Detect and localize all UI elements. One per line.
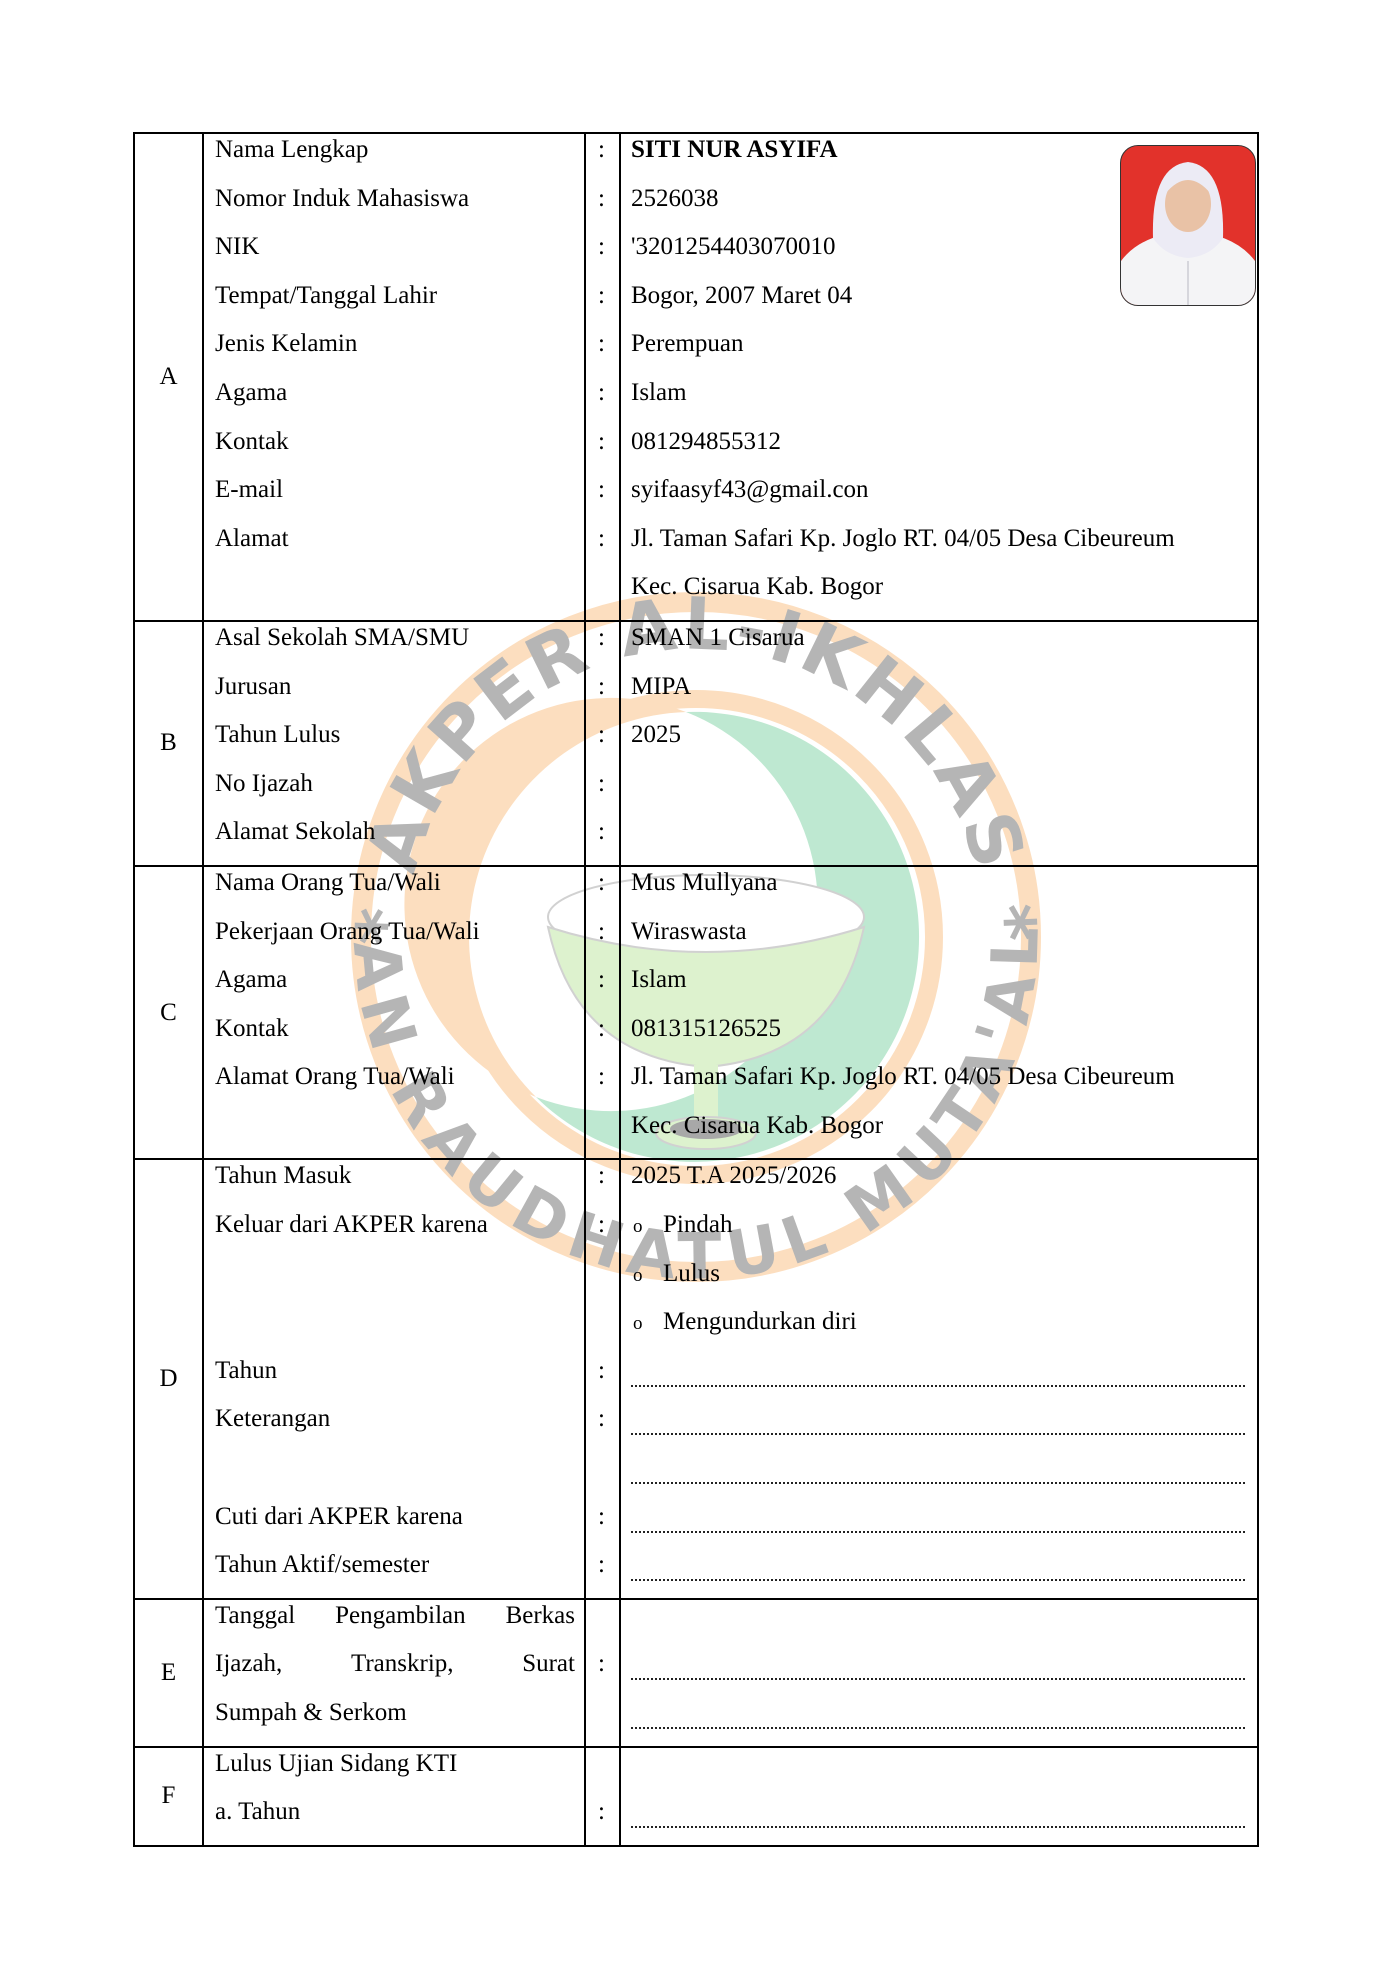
- form-row: Cuti dari AKPER karena:: [135, 1501, 1257, 1550]
- field-value[interactable]: Islam: [631, 379, 687, 407]
- field-label: Lulus Ujian Sidang KTI: [215, 1750, 457, 1778]
- field-label: Kontak: [215, 1015, 289, 1043]
- section-c: CNama Orang Tua/Wali:Mus MullyanaPekerja…: [135, 865, 1257, 1159]
- form-row: No Ijazah:: [135, 768, 1257, 817]
- section-f: FLulus Ujian Sidang KTIa. Tahun:: [135, 1746, 1257, 1845]
- colon-separator: :: [584, 1357, 619, 1385]
- colon-separator: :: [584, 330, 619, 358]
- field-label: Keluar dari AKPER karena: [215, 1211, 488, 1239]
- field-value[interactable]: Kec. Cisarua Kab. Bogor: [631, 573, 883, 601]
- colon-separator: :: [584, 1503, 619, 1531]
- fill-in-blank-line[interactable]: [631, 1676, 1245, 1680]
- form-row: Pekerjaan Orang Tua/Wali:Wiraswasta: [135, 916, 1257, 965]
- field-value[interactable]: Kec. Cisarua Kab. Bogor: [631, 1112, 883, 1140]
- form-row: Alamat Sekolah:: [135, 816, 1257, 865]
- field-value[interactable]: 2526038: [631, 185, 719, 213]
- option-label: Mengundurkan diri: [663, 1308, 857, 1335]
- fill-in-blank-line[interactable]: [631, 1383, 1245, 1387]
- form-row: Asal Sekolah SMA/SMU:SMAN 1 Cisarua: [135, 622, 1257, 671]
- section-d: DTahun Masuk:2025 T.A 2025/2026Keluar da…: [135, 1158, 1257, 1597]
- field-value[interactable]: Jl. Taman Safari Kp. Joglo RT. 04/05 Des…: [631, 1063, 1175, 1091]
- fill-in-blank-line[interactable]: [631, 1529, 1245, 1533]
- form-row: a. Tahun:: [135, 1796, 1257, 1845]
- form-row: Tahun Aktif/semester:: [135, 1549, 1257, 1598]
- radio-bullet-icon: o: [633, 1313, 663, 1335]
- form-row: Tahun Masuk:2025 T.A 2025/2026: [135, 1160, 1257, 1209]
- field-label: Agama: [215, 379, 287, 407]
- student-data-form: ANama Lengkap:SITI NUR ASYIFANomor Induk…: [133, 132, 1259, 1847]
- field-value[interactable]: '3201254403070010: [631, 233, 836, 261]
- colon-separator: :: [584, 624, 619, 652]
- field-label: Tempat/Tanggal Lahir: [215, 282, 437, 310]
- colon-separator: :: [584, 1211, 619, 1239]
- field-label: Ijazah,Transkrip,Surat: [215, 1650, 575, 1678]
- form-row: Tahun Lulus:2025: [135, 719, 1257, 768]
- field-label: Asal Sekolah SMA/SMU: [215, 624, 469, 652]
- form-row: Tahun:: [135, 1355, 1257, 1404]
- colon-separator: :: [584, 282, 619, 310]
- section-a: ANama Lengkap:SITI NUR ASYIFANomor Induk…: [135, 134, 1257, 620]
- field-value[interactable]: MIPA: [631, 673, 691, 701]
- colon-separator: :: [584, 1405, 619, 1433]
- portrait-icon: [1121, 146, 1255, 305]
- field-label: Jurusan: [215, 673, 291, 701]
- form-row: Ijazah,Transkrip,Surat:: [135, 1648, 1257, 1697]
- field-label: Agama: [215, 966, 287, 994]
- colon-separator: :: [584, 818, 619, 846]
- field-value[interactable]: Islam: [631, 966, 687, 994]
- field-value[interactable]: Jl. Taman Safari Kp. Joglo RT. 04/05 Des…: [631, 525, 1175, 553]
- fill-in-blank-line[interactable]: [631, 1480, 1245, 1484]
- field-label: Alamat: [215, 525, 289, 553]
- form-row: Jurusan:MIPA: [135, 671, 1257, 720]
- field-label: Sumpah & Serkom: [215, 1699, 407, 1727]
- field-value[interactable]: Bogor, 2007 Maret 04: [631, 282, 852, 310]
- field-label-word: Tanggal: [215, 1602, 295, 1630]
- field-value[interactable]: SMAN 1 Cisarua: [631, 624, 805, 652]
- field-label: Tahun Lulus: [215, 721, 340, 749]
- field-value[interactable]: SITI NUR ASYIFA: [631, 136, 838, 164]
- field-label: Nama Orang Tua/Wali: [215, 869, 441, 897]
- colon-separator: :: [584, 966, 619, 994]
- form-row: Sumpah & Serkom: [135, 1697, 1257, 1746]
- option-pindah[interactable]: oPindah: [633, 1211, 732, 1239]
- field-label: No Ijazah: [215, 770, 313, 798]
- form-row: Kec. Cisarua Kab. Bogor: [135, 1110, 1257, 1159]
- fill-in-blank-line[interactable]: [631, 1431, 1245, 1435]
- colon-separator: :: [584, 1650, 619, 1678]
- form-row: Nama Orang Tua/Wali:Mus Mullyana: [135, 867, 1257, 916]
- field-label: Tahun: [215, 1357, 277, 1385]
- field-label: Pekerjaan Orang Tua/Wali: [215, 918, 480, 946]
- option-lulus[interactable]: oLulus: [633, 1260, 720, 1288]
- colon-separator: :: [584, 1162, 619, 1190]
- field-label-word: Berkas: [506, 1602, 575, 1630]
- field-value[interactable]: 2025: [631, 721, 681, 749]
- form-row: oMengundurkan diri: [135, 1306, 1257, 1355]
- field-value[interactable]: Wiraswasta: [631, 918, 747, 946]
- field-label: Tahun Aktif/semester: [215, 1551, 429, 1579]
- form-row: Jenis Kelamin:Perempuan: [135, 328, 1257, 377]
- form-row: Keterangan:: [135, 1403, 1257, 1452]
- section-b: BAsal Sekolah SMA/SMU:SMAN 1 CisaruaJuru…: [135, 620, 1257, 865]
- colon-separator: :: [584, 379, 619, 407]
- form-row: E-mail:syifaasyf43@gmail.con: [135, 474, 1257, 523]
- form-row: Nomor Induk Mahasiswa:2526038: [135, 183, 1257, 232]
- colon-separator: :: [584, 185, 619, 213]
- form-row: Agama:Islam: [135, 377, 1257, 426]
- field-label: Jenis Kelamin: [215, 330, 357, 358]
- form-row: Kontak:081294855312: [135, 426, 1257, 475]
- field-value[interactable]: Mus Mullyana: [631, 869, 778, 897]
- field-value[interactable]: syifaasyf43@gmail.con: [631, 476, 869, 504]
- field-label: a. Tahun: [215, 1798, 300, 1826]
- form-row: Nama Lengkap:SITI NUR ASYIFA: [135, 134, 1257, 183]
- field-label-word: Pengambilan: [335, 1602, 466, 1630]
- field-value[interactable]: 081315126525: [631, 1015, 781, 1043]
- option-label: Pindah: [663, 1211, 732, 1238]
- field-label: Nomor Induk Mahasiswa: [215, 185, 469, 213]
- form-row: NIK:'3201254403070010: [135, 231, 1257, 280]
- colon-separator: :: [584, 770, 619, 798]
- field-label-word: Ijazah,: [215, 1650, 282, 1678]
- field-label: E-mail: [215, 476, 283, 504]
- form-row: Agama:Islam: [135, 964, 1257, 1013]
- colon-separator: :: [584, 721, 619, 749]
- form-row: Alamat:Jl. Taman Safari Kp. Joglo RT. 04…: [135, 523, 1257, 572]
- colon-separator: :: [584, 1015, 619, 1043]
- field-value[interactable]: 081294855312: [631, 428, 781, 456]
- option-label: Lulus: [663, 1260, 720, 1287]
- form-row: Lulus Ujian Sidang KTI: [135, 1748, 1257, 1797]
- form-row: Alamat Orang Tua/Wali:Jl. Taman Safari K…: [135, 1061, 1257, 1110]
- colon-separator: :: [584, 918, 619, 946]
- colon-separator: :: [584, 525, 619, 553]
- radio-bullet-icon: o: [633, 1265, 663, 1287]
- colon-separator: :: [584, 673, 619, 701]
- field-label-word: Transkrip,: [351, 1650, 454, 1678]
- field-label: Alamat Sekolah: [215, 818, 375, 846]
- form-row: Kontak:081315126525: [135, 1013, 1257, 1062]
- colon-separator: :: [584, 1798, 619, 1826]
- colon-separator: :: [584, 1063, 619, 1091]
- field-label: Alamat Orang Tua/Wali: [215, 1063, 455, 1091]
- colon-separator: :: [584, 428, 619, 456]
- form-row: [135, 1452, 1257, 1501]
- form-row: TanggalPengambilanBerkas: [135, 1600, 1257, 1649]
- form-row: oLulus: [135, 1258, 1257, 1307]
- field-label-word: Surat: [522, 1650, 575, 1678]
- fill-in-blank-line[interactable]: [631, 1577, 1245, 1581]
- form-row: Tempat/Tanggal Lahir:Bogor, 2007 Maret 0…: [135, 280, 1257, 329]
- field-label: Nama Lengkap: [215, 136, 368, 164]
- field-label: Tahun Masuk: [215, 1162, 351, 1190]
- fill-in-blank-line[interactable]: [631, 1725, 1245, 1729]
- field-value[interactable]: Perempuan: [631, 330, 743, 358]
- option-mengundurkan-diri[interactable]: oMengundurkan diri: [633, 1308, 857, 1336]
- colon-separator: :: [584, 233, 619, 261]
- form-row: Kec. Cisarua Kab. Bogor: [135, 571, 1257, 620]
- radio-bullet-icon: o: [633, 1216, 663, 1238]
- colon-separator: :: [584, 136, 619, 164]
- field-label: TanggalPengambilanBerkas: [215, 1602, 575, 1630]
- fill-in-blank-line[interactable]: [631, 1824, 1245, 1828]
- colon-separator: :: [584, 1551, 619, 1579]
- form-row: Keluar dari AKPER karena:oPindah: [135, 1209, 1257, 1258]
- field-label: NIK: [215, 233, 259, 261]
- field-label: Cuti dari AKPER karena: [215, 1503, 463, 1531]
- colon-separator: :: [584, 476, 619, 504]
- colon-separator: :: [584, 869, 619, 897]
- field-value[interactable]: 2025 T.A 2025/2026: [631, 1162, 836, 1190]
- field-label: Keterangan: [215, 1405, 330, 1433]
- student-photo: [1120, 145, 1256, 306]
- field-label: Kontak: [215, 428, 289, 456]
- section-e: ETanggalPengambilanBerkasIjazah,Transkri…: [135, 1598, 1257, 1746]
